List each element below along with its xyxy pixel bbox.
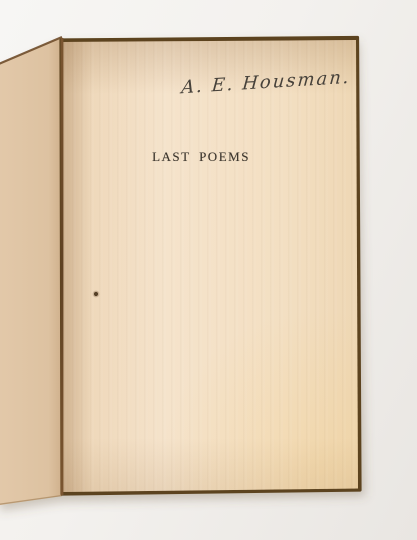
inside-front-cover xyxy=(0,37,62,506)
gutter-page-shading xyxy=(63,42,92,492)
right-page xyxy=(62,40,362,495)
half-title-text: LAST POEMS xyxy=(121,149,281,165)
book-photograph: A. E. Housman. LAST POEMS xyxy=(0,0,417,540)
foxing-spot xyxy=(93,291,100,298)
